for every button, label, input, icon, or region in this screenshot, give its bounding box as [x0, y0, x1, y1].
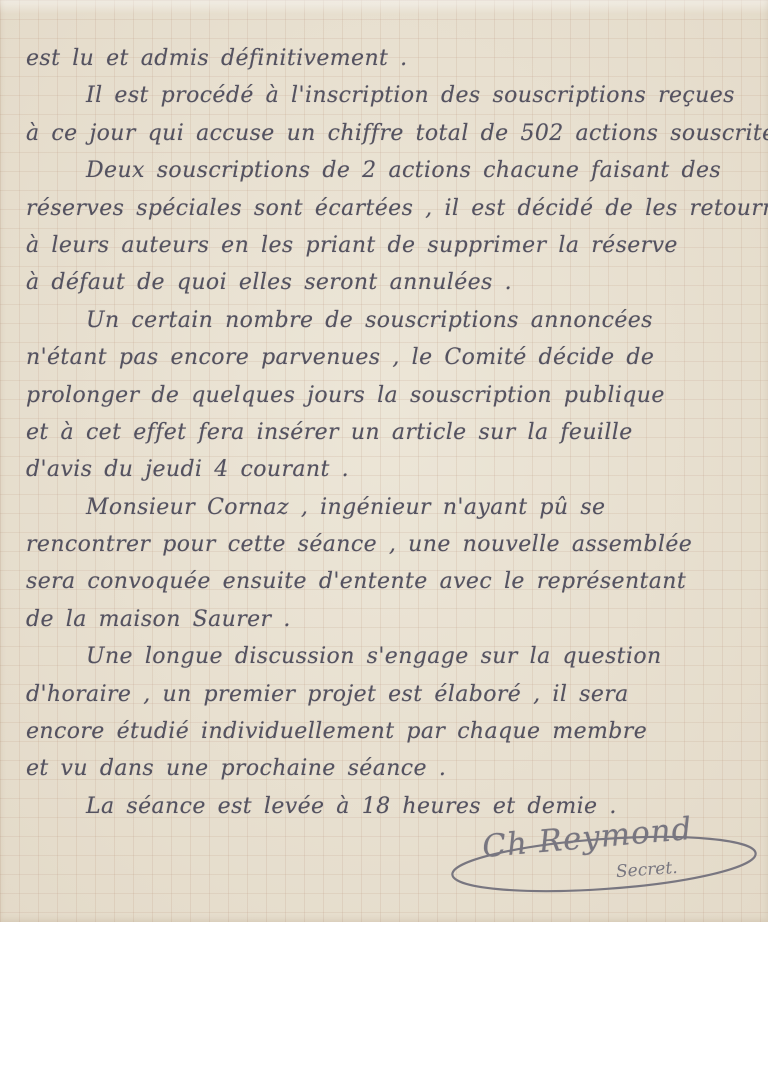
- paragraph: Deux souscriptions de 2 actions chacune …: [0, 152, 768, 302]
- signature-title: Secret.: [615, 858, 678, 882]
- manuscript-line: et à cet effet fera insérer un article s…: [0, 414, 768, 451]
- paragraph: Il est procédé à l'inscription des sousc…: [0, 77, 768, 152]
- manuscript-line: d'avis du jeudi 4 courant .: [0, 451, 768, 488]
- paragraph: est lu et admis définitivement .: [0, 40, 768, 77]
- manuscript-line: est lu et admis définitivement .: [0, 40, 768, 77]
- manuscript-line: à ce jour qui accuse un chiffre total de…: [0, 115, 768, 152]
- manuscript-line: Deux souscriptions de 2 actions chacune …: [0, 152, 768, 189]
- manuscript-line: à défaut de quoi elles seront annulées .: [0, 264, 768, 301]
- manuscript-line: n'étant pas encore parvenues , le Comité…: [0, 339, 768, 376]
- paragraph: Une longue discussion s'engage sur la qu…: [0, 638, 768, 788]
- manuscript-line: à leurs auteurs en les priant de supprim…: [0, 227, 768, 264]
- signature-block: Ch Reymond Secret.: [448, 824, 760, 896]
- manuscript-line: et vu dans une prochaine séance .: [0, 750, 768, 787]
- manuscript-line: rencontrer pour cette séance , une nouve…: [0, 526, 768, 563]
- manuscript-text: est lu et admis définitivement . Il est …: [0, 0, 768, 825]
- manuscript-line: encore étudié individuellement par chaqu…: [0, 713, 768, 750]
- manuscript-line: d'horaire , un premier projet est élabor…: [0, 676, 768, 713]
- manuscript-line: prolonger de quelques jours la souscript…: [0, 377, 768, 414]
- paragraph: Un certain nombre de souscriptions annon…: [0, 302, 768, 489]
- manuscript-line: réserves spéciales sont écartées , il es…: [0, 190, 768, 227]
- manuscript-line: Monsieur Cornaz , ingénieur n'ayant pû s…: [0, 489, 768, 526]
- manuscript-line: Un certain nombre de souscriptions annon…: [0, 302, 768, 339]
- manuscript-line: de la maison Saurer .: [0, 601, 768, 638]
- page: est lu et admis définitivement . Il est …: [0, 0, 768, 1086]
- manuscript-line: Une longue discussion s'engage sur la qu…: [0, 638, 768, 675]
- paragraph: Monsieur Cornaz , ingénieur n'ayant pû s…: [0, 489, 768, 639]
- manuscript-page: est lu et admis définitivement . Il est …: [0, 0, 768, 922]
- manuscript-line: sera convoquée ensuite d'entente avec le…: [0, 563, 768, 600]
- manuscript-line: Il est procédé à l'inscription des sousc…: [0, 77, 768, 114]
